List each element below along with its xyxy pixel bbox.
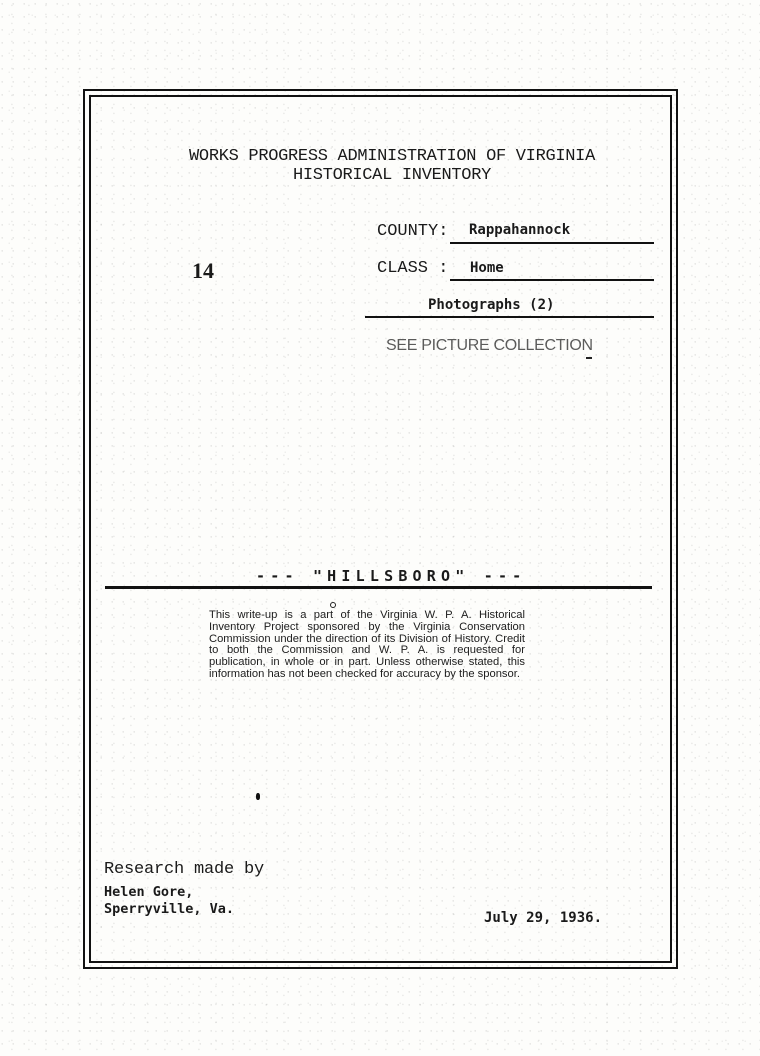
- county-underline: [450, 242, 654, 244]
- researcher-location: Sperryville, Va.: [104, 901, 234, 917]
- class-underline: [450, 279, 654, 281]
- ink-mark: [256, 793, 260, 800]
- subject-underline: [105, 586, 652, 589]
- left-dashes: ---: [256, 567, 299, 585]
- right-dashes: ---: [484, 567, 527, 585]
- document-date: July 29, 1936.: [484, 910, 602, 926]
- class-value: Home: [470, 260, 504, 276]
- county-value: Rappahannock: [469, 222, 570, 238]
- subject-title: --- "HILLSBORO" ---: [256, 567, 526, 585]
- research-label: Research made by: [104, 860, 264, 879]
- small-circle-mark: [330, 602, 336, 608]
- subject-name: "HILLSBORO": [313, 567, 470, 585]
- county-label: COUNTY:: [377, 222, 448, 241]
- picture-collection-stamp: SEE PICTURE COLLECTION: [386, 337, 593, 355]
- class-label: CLASS :: [377, 259, 448, 278]
- header-title: WORKS PROGRESS ADMINISTRATION OF VIRGINI…: [0, 147, 760, 166]
- header-subtitle: HISTORICAL INVENTORY: [0, 166, 760, 185]
- photographs-count: Photographs (2): [428, 297, 554, 313]
- stamp-mark: [586, 357, 592, 359]
- disclaimer-paragraph: This write-up is a part of the Virginia …: [209, 610, 525, 681]
- item-number: 14: [192, 258, 214, 284]
- photographs-underline: [365, 316, 654, 318]
- researcher-name: Helen Gore,: [104, 884, 193, 900]
